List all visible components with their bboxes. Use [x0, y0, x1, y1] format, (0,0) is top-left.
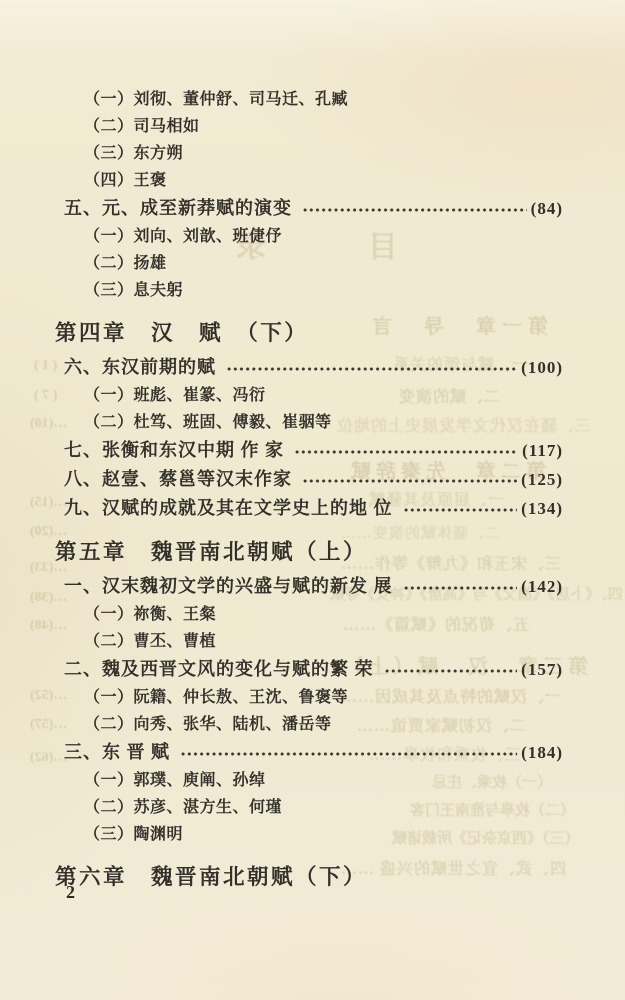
toc-entry-label: 九、汉赋的成就及其在文学史上的地 位 [64, 494, 393, 523]
toc-sub-entry: （四）王褒 [84, 167, 563, 194]
toc-entry-label: （二）扬雄 [84, 250, 167, 277]
folio-page-number: 2 [66, 882, 75, 903]
toc-page-ref: (100) [521, 353, 563, 382]
toc-entry-label: （一）刘向、刘歆、班倢伃 [84, 223, 282, 250]
toc-entry-label: （一）祢衡、王粲 [84, 601, 216, 628]
toc-entry-label: 三、东 晋 赋 [64, 738, 170, 767]
toc-entry-label: 七、张衡和东汉中期 作 家 [64, 436, 284, 465]
dot-leader [302, 204, 527, 216]
toc-sub-entry: （二）杜笃、班固、傅毅、崔骃等 [84, 409, 563, 436]
toc-sub-entry: （一）祢衡、王粲 [84, 601, 563, 628]
toc-sub-entry: （一）刘彻、董仲舒、司马迁、孔臧 [84, 86, 563, 113]
toc-entry-label: 五、元、成至新莽赋的演变 [64, 194, 292, 223]
toc-entry-label: （三）东方朔 [84, 140, 183, 167]
toc-page-ref: (157) [521, 655, 563, 684]
toc-entry-label: （二）曹丕、曹植 [84, 628, 216, 655]
dot-leader [403, 582, 518, 594]
dot-leader [302, 475, 517, 487]
toc-entry: 七、张衡和东汉中期 作 家(117) [64, 436, 563, 465]
toc-entry-label: （三）陶渊明 [84, 821, 183, 848]
toc-entry-label: （一）班彪、崔篆、冯衍 [84, 382, 266, 409]
dot-leader [403, 504, 518, 516]
toc-list: （一）刘彻、董仲舒、司马迁、孔臧（二）司马相如（三）东方朔（四）王褒五、元、成至… [0, 0, 625, 897]
scanned-book-page: 目 录第一章 导 言一、赋与颂的关系二、赋的演变三、骚在汉代文学发展史上的地位第… [0, 0, 625, 1000]
toc-entry: 一、汉末魏初文学的兴盛与赋的新发 展(142) [64, 572, 563, 601]
toc-sub-entry: （二）扬雄 [84, 250, 563, 277]
toc-entry-label: 六、东汉前期的赋 [64, 353, 216, 382]
toc-entry: 五、元、成至新莽赋的演变(84) [64, 194, 563, 223]
toc-page-ref: (84) [531, 194, 563, 223]
toc-entry-label: 一、汉末魏初文学的兴盛与赋的新发 展 [64, 572, 393, 601]
toc-entry-label: （二）苏彦、湛方生、何瑾 [84, 794, 282, 821]
toc-entry-label: 八、赵壹、蔡邕等汉末作家 [64, 465, 292, 494]
toc-page-ref: (134) [521, 494, 563, 523]
dot-leader [384, 665, 518, 677]
toc-sub-entry: （一）班彪、崔篆、冯衍 [84, 382, 563, 409]
toc-sub-entry: （二）向秀、张华、陆机、潘岳等 [84, 711, 563, 738]
toc-page-ref: (184) [521, 738, 563, 767]
toc-sub-entry: （三）息夫躬 [84, 277, 563, 304]
toc-entry-label: 二、魏及西晋文风的变化与赋的繁 荣 [64, 655, 374, 684]
toc-chapter-heading: 第四章 汉 赋 （下） [55, 318, 563, 348]
toc-sub-entry: （二）曹丕、曹植 [84, 628, 563, 655]
toc-entry-label: （一）阮籍、仲长敖、王沈、鲁褒等 [84, 684, 348, 711]
toc-entry: 三、东 晋 赋(184) [64, 738, 563, 767]
toc-entry: 六、东汉前期的赋(100) [64, 353, 563, 382]
toc-entry-label: （四）王褒 [84, 167, 167, 194]
dot-leader [226, 363, 517, 375]
toc-entry-label: （二）向秀、张华、陆机、潘岳等 [84, 711, 332, 738]
toc-sub-entry: （一）阮籍、仲长敖、王沈、鲁褒等 [84, 684, 563, 711]
toc-entry-label: 第四章 汉 赋 （下） [55, 318, 308, 348]
toc-chapter-heading: 第五章 魏晋南北朝赋（上） [55, 537, 563, 567]
toc-sub-entry: （一）刘向、刘歆、班倢伃 [84, 223, 563, 250]
toc-entry-label: （一）郭璞、庾阐、孙绰 [84, 767, 266, 794]
toc-sub-entry: （三）陶渊明 [84, 821, 563, 848]
toc-sub-entry: （二）司马相如 [84, 113, 563, 140]
toc-entry: 二、魏及西晋文风的变化与赋的繁 荣(157) [64, 655, 563, 684]
toc-entry-label: 第五章 魏晋南北朝赋（上） [55, 537, 367, 567]
toc-sub-entry: （三）东方朔 [84, 140, 563, 167]
toc-entry-label: （三）息夫躬 [84, 277, 183, 304]
toc-sub-entry: （二）苏彦、湛方生、何瑾 [84, 794, 563, 821]
toc-chapter-heading: 第六章 魏晋南北朝赋（下） [55, 862, 563, 892]
toc-page-ref: (117) [522, 436, 563, 465]
toc-entry-label: 第六章 魏晋南北朝赋（下） [55, 862, 367, 892]
toc-entry-label: （一）刘彻、董仲舒、司马迁、孔臧 [84, 86, 348, 113]
toc-page-ref: (125) [521, 465, 563, 494]
toc-entry: 九、汉赋的成就及其在文学史上的地 位(134) [64, 494, 563, 523]
toc-entry: 八、赵壹、蔡邕等汉末作家(125) [64, 465, 563, 494]
toc-entry-label: （二）司马相如 [84, 113, 200, 140]
toc-sub-entry: （一）郭璞、庾阐、孙绰 [84, 767, 563, 794]
toc-entry-label: （二）杜笃、班固、傅毅、崔骃等 [84, 409, 332, 436]
dot-leader [180, 748, 517, 760]
toc-page-ref: (142) [521, 572, 563, 601]
dot-leader [294, 446, 518, 458]
